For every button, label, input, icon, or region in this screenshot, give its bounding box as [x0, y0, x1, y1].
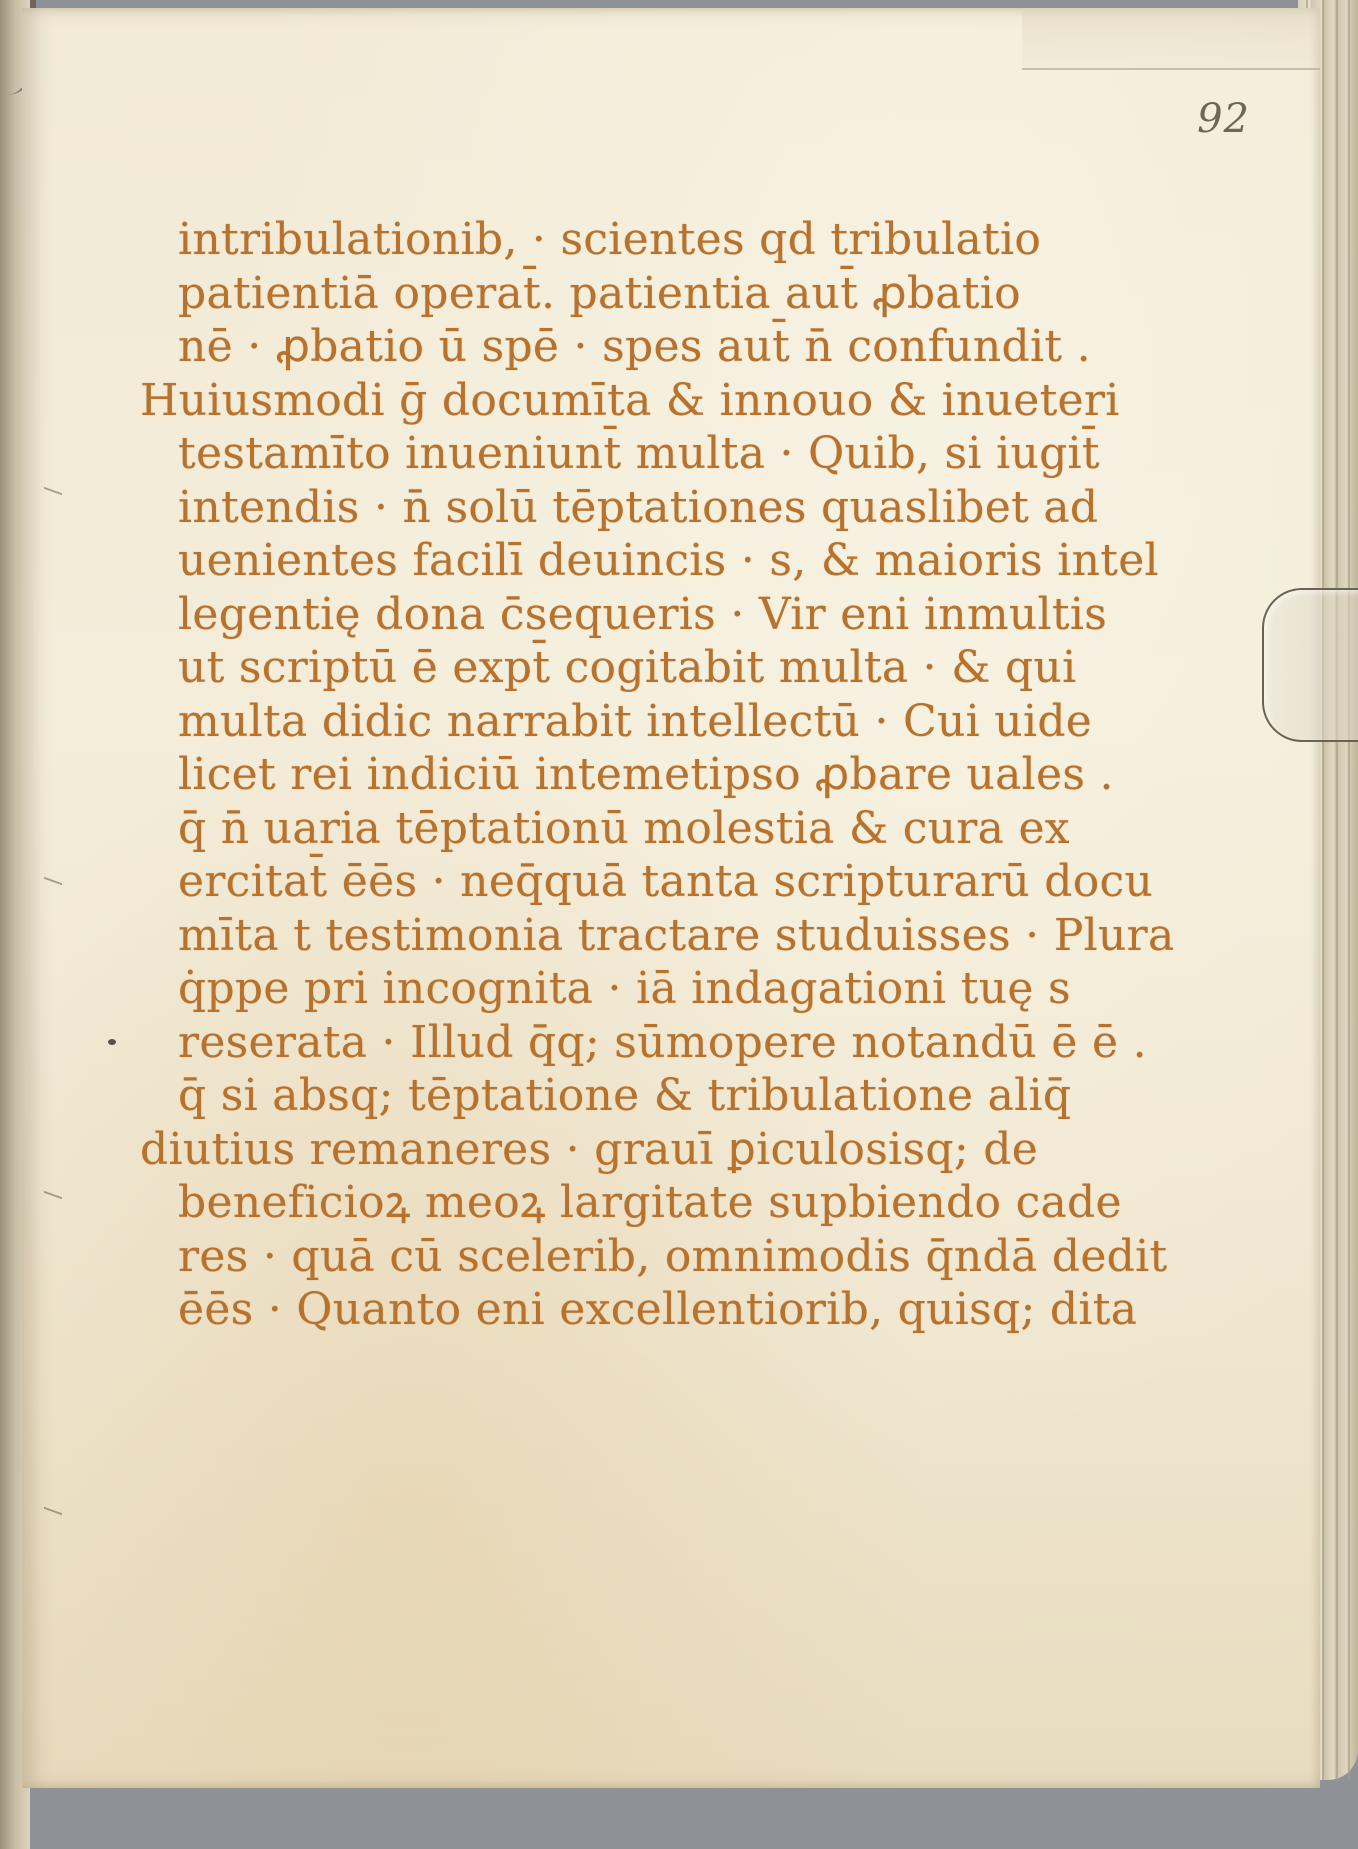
text-line: res · quā cū scelerib, omnimodis q̄ndā d… — [140, 1230, 1230, 1284]
text-line: Huiusmodi ḡ documīta & innouo & inueteri — [140, 374, 1230, 428]
text-line: licet rei indiciū intemetipso ꝓbare uale… — [140, 748, 1230, 802]
text-line: ut scriptū ē expt̄ cogitabit multa · & q… — [140, 641, 1230, 695]
margin-nick — [44, 1191, 62, 1210]
manuscript-folio: 92 intribulationib, · scientes qd tribul… — [22, 8, 1320, 1788]
margin-nick — [44, 1507, 62, 1526]
text-line: mīta t testimonia tractare studuisses · … — [140, 909, 1230, 963]
text-line: patientiā operat̄. patientia aut̄ ꝓbatio — [140, 267, 1230, 321]
text-line: intendis · n̄ solū tēptationes quaslibet… — [140, 481, 1230, 535]
text-line: multa didic narrabit intellectū · Cui ui… — [140, 695, 1230, 749]
text-line: reserata · Illud q̄q; sūmopere notandū ē… — [140, 1016, 1230, 1070]
page-clip — [1262, 588, 1358, 742]
page-edge-line — [1322, 0, 1324, 1780]
text-line: q̇ppe pri incognita · iā indagationi tuę… — [140, 962, 1230, 1016]
margin-nick — [44, 877, 62, 896]
folio-number: 92 — [1197, 96, 1250, 142]
text-line: uenientes facilī deuincis · s, & maioris… — [140, 534, 1230, 588]
page-edge-line — [1348, 0, 1350, 1780]
text-line: testamīto inueniunt̄ multa · Quib, si iu… — [140, 427, 1230, 481]
text-line: legentię dona c̄sequeris · Vir eni inmul… — [140, 588, 1230, 642]
text-line: beneficioꝝ meoꝝ largitate supbiendo cade — [140, 1176, 1230, 1230]
margin-dot — [108, 1039, 116, 1045]
text-line: ercitat̄ ēēs · neq̄quā tanta scripturarū… — [140, 855, 1230, 909]
text-line: q̄ n̄ uaria tēptationū molestia & cura e… — [140, 802, 1230, 856]
page-edge-line — [1336, 0, 1338, 1780]
margin-nick — [44, 487, 62, 506]
text-line: nē · ꝓbatio ū spē · spes aut̄ n̄ confund… — [140, 320, 1230, 374]
text-line: diutius remaneres · grauī ꝑiculosisq; de — [140, 1123, 1230, 1177]
manuscript-text: intribulationib, · scientes qd tribulati… — [140, 213, 1230, 1337]
text-line: ēēs · Quanto eni excellentiorib, quisq; … — [140, 1283, 1230, 1337]
text-line: q̄ si absq; tēptatione & tribulatione al… — [140, 1069, 1230, 1123]
folio-top-fold — [1022, 8, 1320, 70]
text-line: intribulationib, · scientes qd tribulati… — [140, 213, 1230, 267]
